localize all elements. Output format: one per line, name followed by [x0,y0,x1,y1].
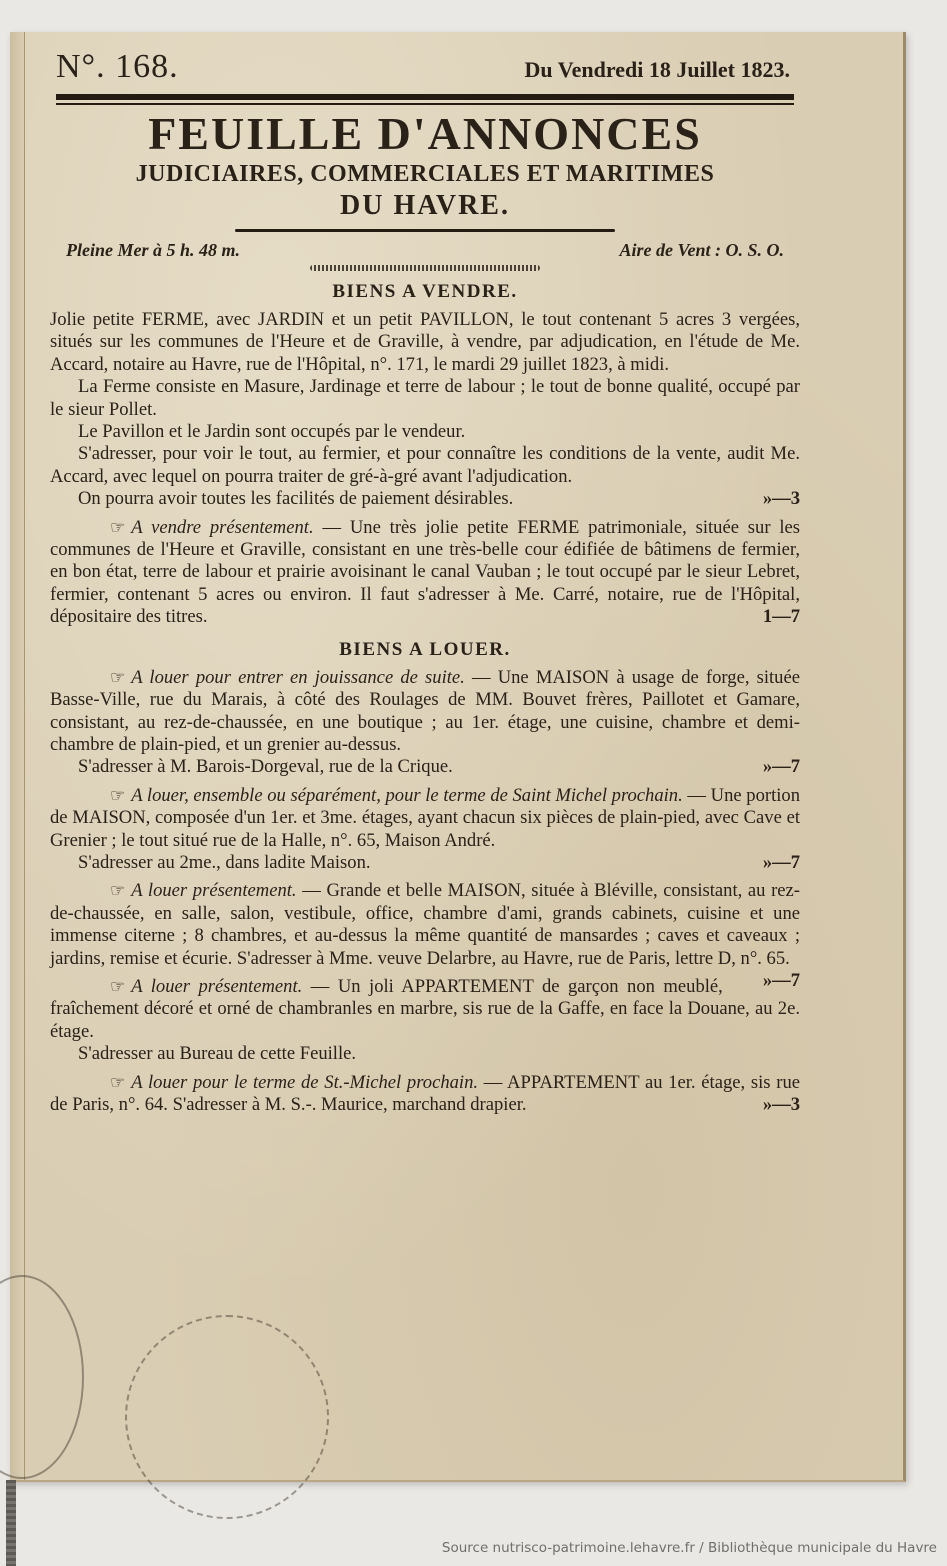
notice-paragraph: Le Pavillon et le Jardin sont occupés pa… [50,421,800,443]
notice-maison-andre: ☞A louer, ensemble ou séparément, pour l… [50,785,800,875]
library-stamp-center [125,1315,329,1519]
notice-mark: »—7 [723,852,800,874]
source-credit: Source nutrisco-patrimoine.lehavre.fr / … [442,1540,937,1556]
issue-date: Du Vendredi 18 Juillet 1823. [525,57,800,83]
notice-paragraph: Jolie petite FERME, avec JARDIN et un pe… [50,309,800,376]
pointing-hand-icon: ☞ [82,1072,125,1094]
newspaper-subtitle: JUDICIAIRES, COMMERCIALES ET MARITIMES [50,159,800,189]
pointing-hand-icon: ☞ [82,667,125,689]
section-heading-for-rent: BIENS A LOUER. [50,639,800,661]
notice-lead: A louer, ensemble ou séparément, pour le… [131,785,683,806]
notice-mark: »—7 [723,756,800,778]
notice-paragraph: S'adresser à M. Barois-Dorgeval, rue de … [78,756,453,777]
section-heading-for-sale: BIENS A VENDRE. [50,281,800,303]
notice-mark: »—3 [723,1094,800,1116]
issue-number: N°. 168. [50,48,179,86]
masthead: N°. 168. Du Vendredi 18 Juillet 1823. FE… [50,48,800,271]
newspaper-city: DU HAVRE. [50,189,800,223]
pointing-hand-icon: ☞ [82,976,125,998]
pointing-hand-icon: ☞ [82,785,125,807]
notice-appartement-paris: ☞A louer pour le terme de St.-Michel pro… [50,1072,800,1117]
notice-lead: A louer pour entrer en jouissance de sui… [131,667,465,688]
notice-lead: A louer présentement. [131,880,296,901]
notice-mark: 1—7 [723,606,800,628]
title-rule [235,229,615,232]
binding-clip [6,1480,16,1566]
notice-ferme-accard: Jolie petite FERME, avec JARDIN et un pe… [50,309,800,511]
notice-appartement-garcon: ☞A louer présentement. — Un joli APPARTE… [50,976,800,1066]
notice-paragraph: S'adresser au Bureau de cette Feuille. [50,1043,800,1065]
notice-lead: A vendre présentement. [131,517,313,538]
notice-ferme-carre: ☞A vendre présentement. — Une très jolie… [50,517,800,629]
newspaper-title: FEUILLE D'ANNONCES [50,109,800,159]
pointing-hand-icon: ☞ [82,517,125,539]
ornamental-rule [310,265,540,271]
tide-wind-line: Pleine Mer à 5 h. 48 m. Aire de Vent : O… [50,240,800,261]
page-binding-edge [10,32,25,1480]
notice-maison-forge: ☞A louer pour entrer en jouissance de su… [50,667,800,779]
pointing-hand-icon: ☞ [82,880,125,902]
notice-maison-bleville: ☞A louer présentement. — Grande et belle… [50,880,800,970]
notice-mark: »—3 [723,488,800,510]
notice-paragraph: S'adresser, pour voir le tout, au fermie… [50,443,800,488]
page-content: N°. 168. Du Vendredi 18 Juillet 1823. FE… [50,32,800,1116]
notice-paragraph: On pourra avoir toutes les facilités de … [78,488,513,509]
header-rule [56,94,794,100]
wind-direction: Aire de Vent : O. S. O. [619,240,784,261]
notice-paragraph: S'adresser au 2me., dans ladite Maison. [78,852,371,873]
high-tide: Pleine Mer à 5 h. 48 m. [66,240,240,261]
notice-paragraph: La Ferme consiste en Masure, Jardinage e… [50,376,800,421]
notice-mark: »—7 [723,970,800,992]
header-rule-thin [56,103,794,105]
notice-lead: A louer pour le terme de St.-Michel proc… [131,1072,478,1093]
notice-lead: A louer présentement. [131,976,302,997]
